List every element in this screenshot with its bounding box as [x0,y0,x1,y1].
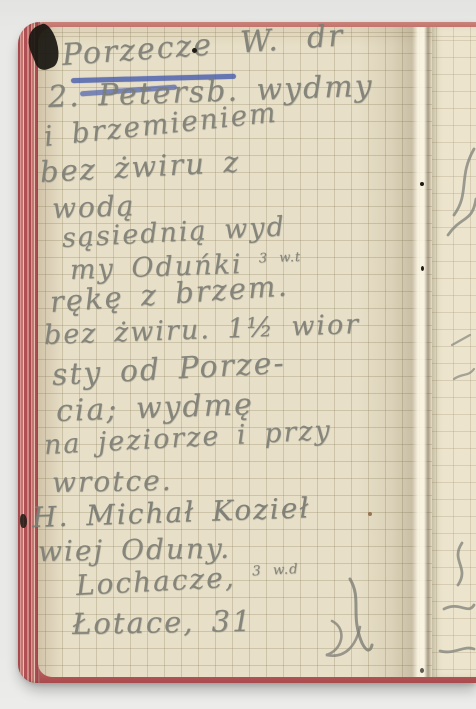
page-edge-stack [18,22,40,683]
superscript-note: 3 w.t [259,250,302,266]
handwritten-line-9: bez żwiru. 1½ wior [44,311,361,349]
handwritten-line-14: H. Michał Kozieł [32,494,311,532]
handwritten-line-16: Lochacze, 3 w.d [75,560,299,600]
handwritten-line-17: Łotace, 31 [72,607,253,639]
stray-pen-stroke [452,335,474,379]
stray-pen-stroke [448,149,476,235]
scanner-background: Porzecze W. dr 2. Petersb. wydmy i brzem… [0,0,476,709]
neighbor-page-strokes [432,27,476,677]
ink-speck [420,182,424,186]
handwritten-line-4: bez żwiru z [39,148,241,187]
ink-speck [20,514,27,528]
handwritten-line-1: Porzecze W. dr [61,21,345,71]
handwritten-line-13: wrotce. [52,467,173,497]
notebook-page: Porzecze W. dr 2. Petersb. wydmy i brzem… [18,22,476,683]
ink-speck [192,48,197,53]
tail-flourish-stroke [326,621,360,656]
stray-pen-stroke [440,543,474,652]
superscript-note: 3 w.d [252,562,299,579]
adjacent-page-sliver [432,27,476,677]
handwritten-line-10: sty od Porze- [51,349,286,391]
handwritten-line-5: wodą [52,192,136,223]
gutter-fold [358,27,432,677]
handwritten-line-15: wiej Oduny. [38,535,231,566]
ink-speck [420,668,424,673]
ink-speck [421,266,424,271]
